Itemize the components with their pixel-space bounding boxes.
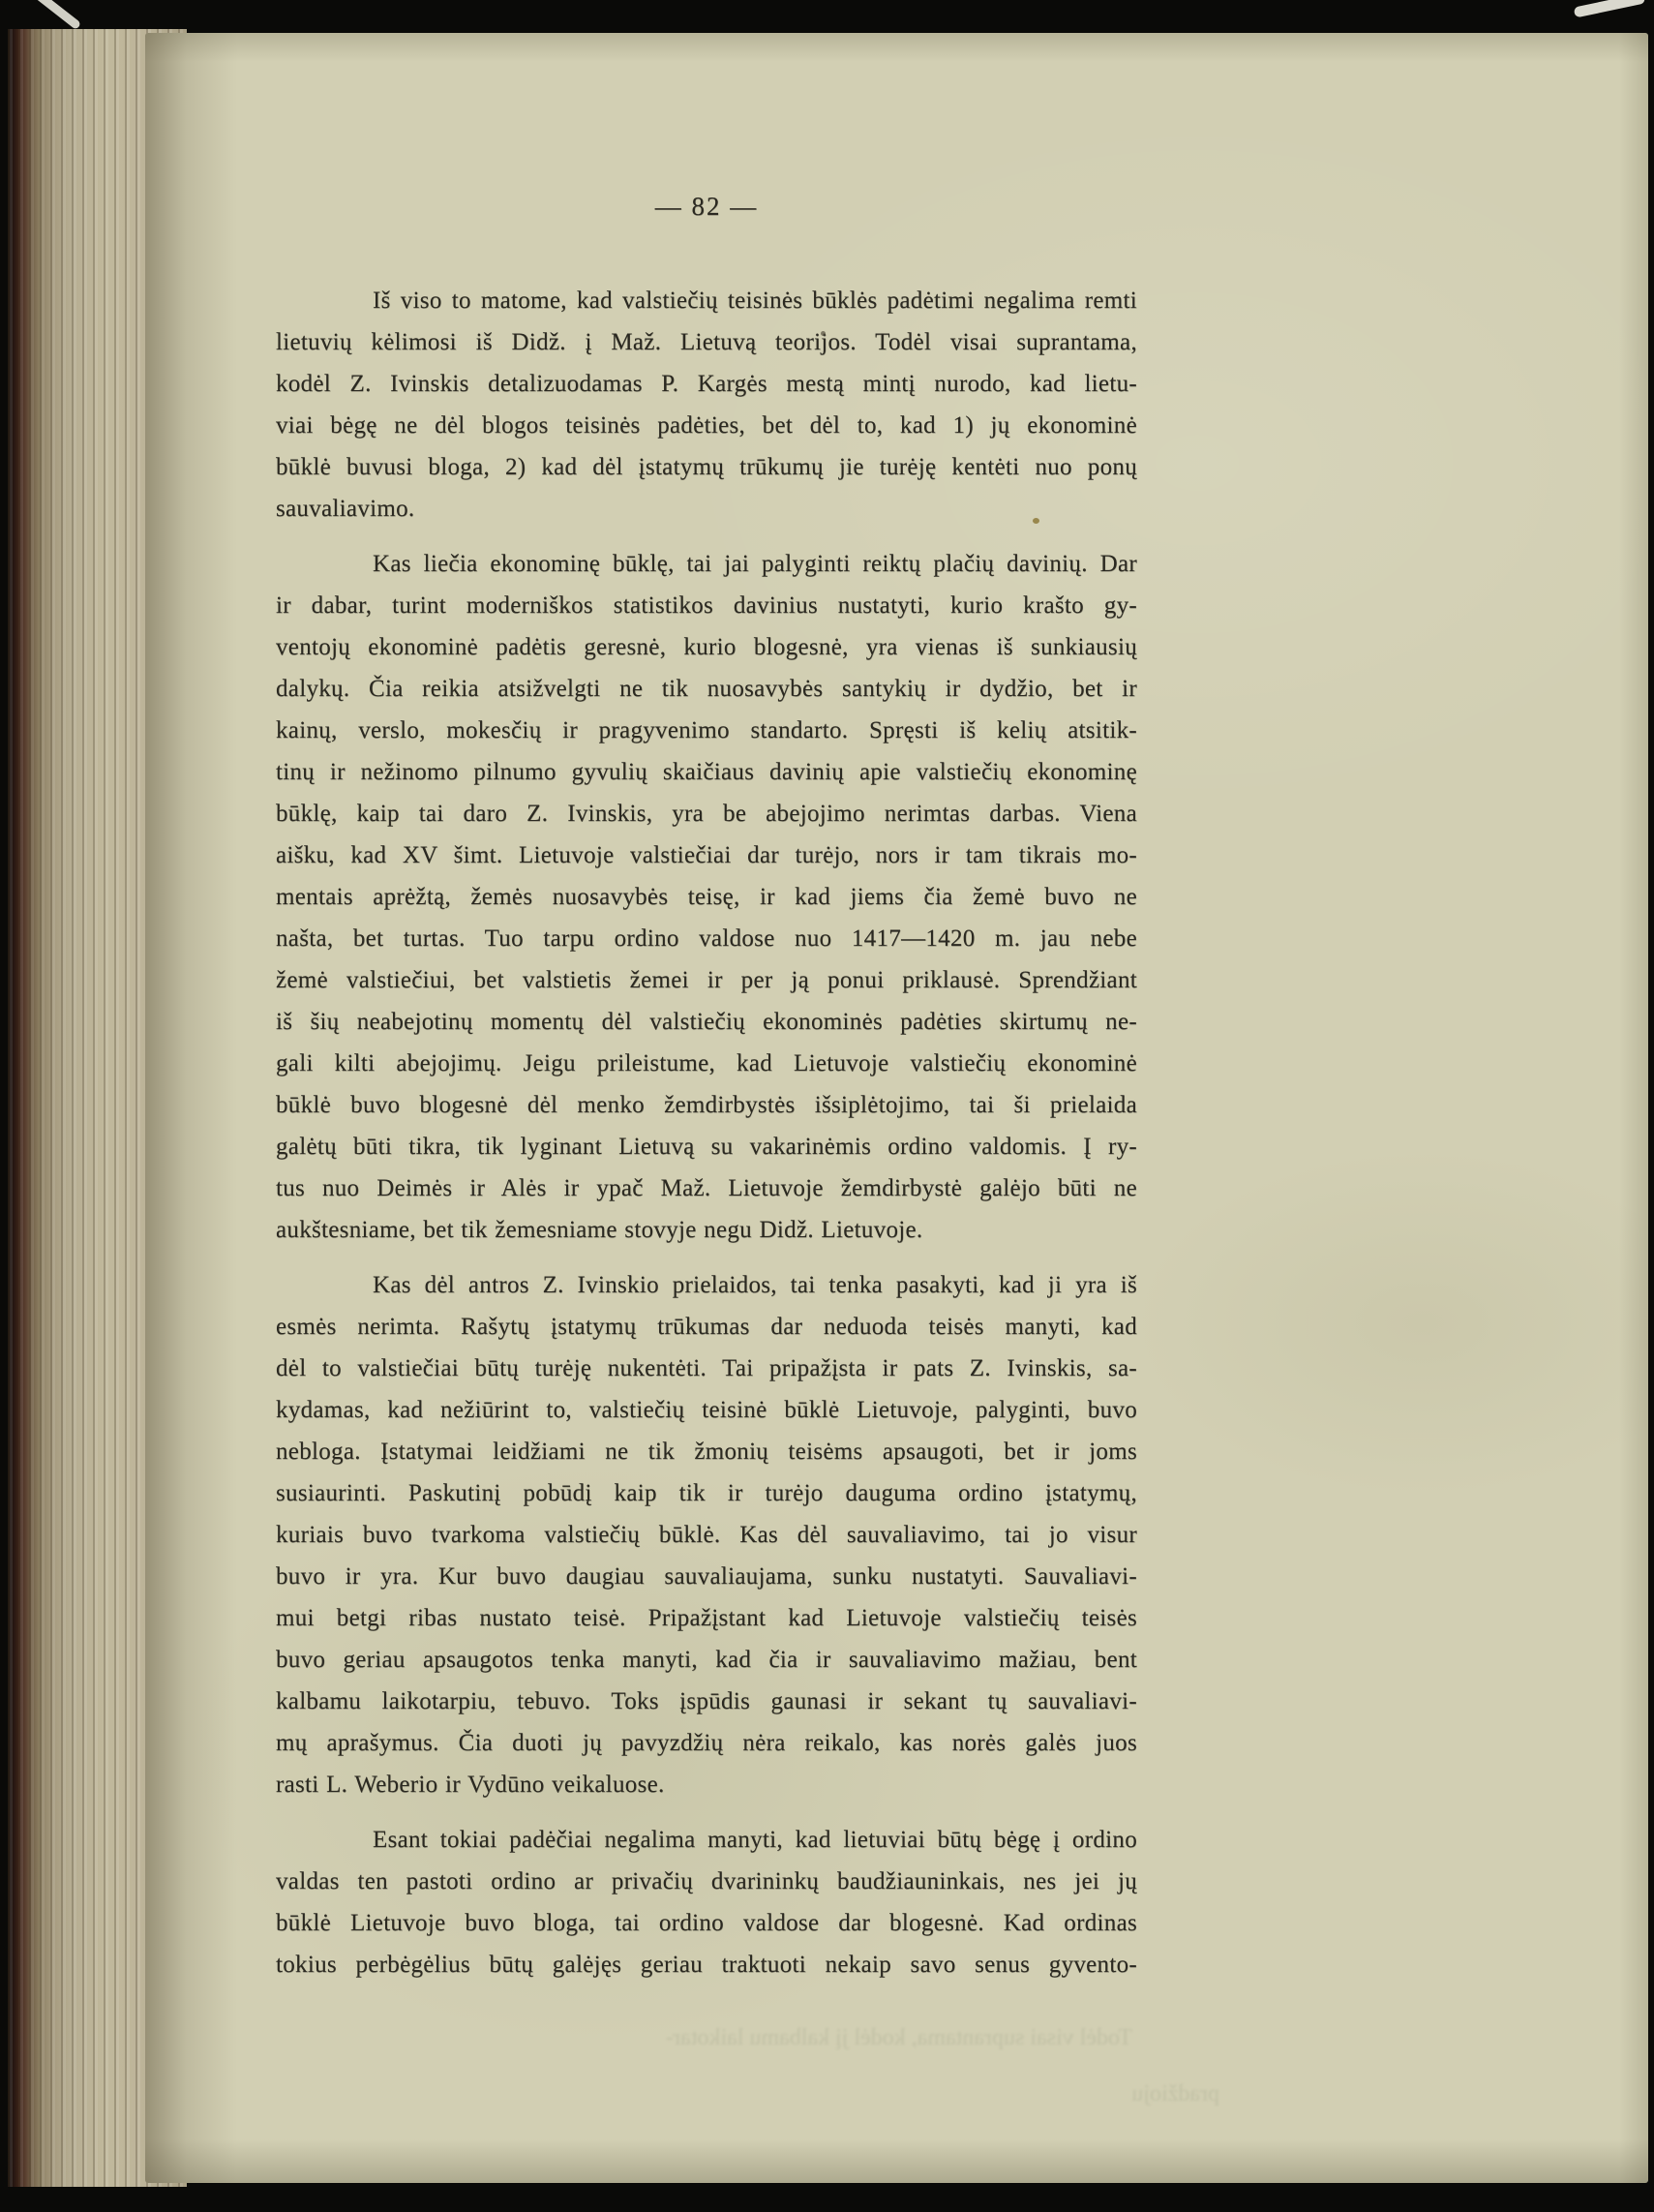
text-line: iš šių neabejotinų momentų dėl valstieči… <box>276 1001 1137 1043</box>
text-line: žemė valstiečiui, bet valstietis žemei i… <box>276 959 1137 1001</box>
text-line: esmės nerimta. Rašytų įstatymų trūkumas … <box>276 1306 1137 1348</box>
text-line: buvo geriau apsaugotos tenka manyti, kad… <box>276 1639 1137 1681</box>
text-line: tinų ir nežinomo pilnumo gyvulių skaičia… <box>276 751 1137 793</box>
text-line: Iš viso to matome, kad valstiečių teisin… <box>276 280 1137 321</box>
text-line: kuriais buvo tvarkoma valstiečių būklė. … <box>276 1514 1137 1556</box>
ink-speck <box>821 331 826 336</box>
text-line: rasti L. Weberio ir Vydūno veikaluose. <box>276 1764 1137 1805</box>
text-line: būklę, kaip tai daro Z. Ivinskis, yra be… <box>276 793 1137 834</box>
text-line: valdas ten pastoti ordino ar privačių dv… <box>276 1861 1137 1902</box>
text-line: našta, bet turtas. Tuo tarpu ordino vald… <box>276 918 1137 959</box>
scan-backdrop: — 82 — Iš viso to matome, kad valstiečių… <box>0 0 1654 2212</box>
text-line: Esant tokiai padėčiai negalima manyti, k… <box>276 1819 1137 1861</box>
bleed-through-line: pradžioju <box>948 2081 1219 2107</box>
text-line: aukštesniame, bet tik žemesniame stovyje… <box>276 1209 1137 1251</box>
text-line: mų aprašymus. Čia duoti jų pavyzdžių nėr… <box>276 1722 1137 1764</box>
text-line: būklė Lietuvoje buvo bloga, tai ordino v… <box>276 1902 1137 1944</box>
text-line: kodėl Z. Ivinskis detalizuodamas P. Karg… <box>276 363 1137 405</box>
text-line: mentais aprėžtą, žemės nuosavybės teisę,… <box>276 876 1137 918</box>
book-page: — 82 — Iš viso to matome, kad valstiečių… <box>145 33 1648 2183</box>
text-line: Kas dėl antros Z. Ivinskio prielaidos, t… <box>276 1264 1137 1306</box>
text-line: viai bėgę ne dėl blogos teisinės padėtie… <box>276 405 1137 446</box>
text-line: kalbamu laikotarpiu, tebuvo. Toks įspūdi… <box>276 1681 1137 1722</box>
text-line: Kas liečia ekonominę būklę, tai jai paly… <box>276 543 1137 585</box>
text-line: dalykų. Čia reikia atsižvelgti ne tik nu… <box>276 668 1137 710</box>
page-number: — 82 — <box>276 186 1137 227</box>
text-line: buvo ir yra. Kur buvo daugiau sauvaliauj… <box>276 1556 1137 1597</box>
text-line: gali kilti abejojimų. Jeigu prileistume,… <box>276 1043 1137 1084</box>
paragraph: Kas dėl antros Z. Ivinskio prielaidos, t… <box>276 1264 1137 1805</box>
text-line: ventojų ekonominė padėtis geresnė, kurio… <box>276 626 1137 668</box>
text-line: mui betgi ribas nustato teisė. Pripažįst… <box>276 1597 1137 1639</box>
text-line: sauvaliavimo. <box>276 488 1137 530</box>
text-line: būklė buvusi bloga, 2) kad dėl įstatymų … <box>276 446 1137 488</box>
paragraph: Esant tokiai padėčiai negalima manyti, k… <box>276 1819 1137 1985</box>
paragraph: Kas liečia ekonominę būklę, tai jai paly… <box>276 543 1137 1251</box>
text-line: lietuvių kėlimosi iš Didž. į Maž. Lietuv… <box>276 321 1137 363</box>
text-line: galėtų būti tikra, tik lyginant Lietuvą … <box>276 1126 1137 1167</box>
gutter-shadow <box>145 33 237 2183</box>
text-line: kydamas, kad nežiūrint to, valstiečių te… <box>276 1389 1137 1431</box>
text-line: dėl to valstiečiai būtų turėję nukentėti… <box>276 1348 1137 1389</box>
corner-mark-top-left <box>29 0 81 30</box>
text-line: susiaurinti. Paskutinį pobūdį kaip tik i… <box>276 1472 1137 1514</box>
bleed-through-line: Todėl visai suprantama, kodėl jį kalbamu… <box>436 2025 1132 2051</box>
text-line: aišku, kad XV šimt. Lietuvoje valstiečia… <box>276 834 1137 876</box>
text-line: kainų, verslo, mokesčių ir pragyvenimo s… <box>276 710 1137 751</box>
text-line: nebloga. Įstatymai leidžiami ne tik žmon… <box>276 1431 1137 1472</box>
text-line: tus nuo Deimės ir Alės ir ypač Maž. Liet… <box>276 1167 1137 1209</box>
paragraphs-host: Iš viso to matome, kad valstiečių teisin… <box>276 280 1137 1985</box>
text-block: — 82 — Iš viso to matome, kad valstiečių… <box>276 186 1137 1985</box>
text-line: ir dabar, turint moderniškos statistikos… <box>276 585 1137 626</box>
text-line: būklė buvo blogesnė dėl menko žemdirbyst… <box>276 1084 1137 1126</box>
corner-mark-top-right <box>1574 0 1646 18</box>
text-line: tokius perbėgėlius būtų galėjęs geriau t… <box>276 1944 1137 1985</box>
paragraph: Iš viso to matome, kad valstiečių teisin… <box>276 280 1137 530</box>
ink-speck <box>1033 518 1039 524</box>
